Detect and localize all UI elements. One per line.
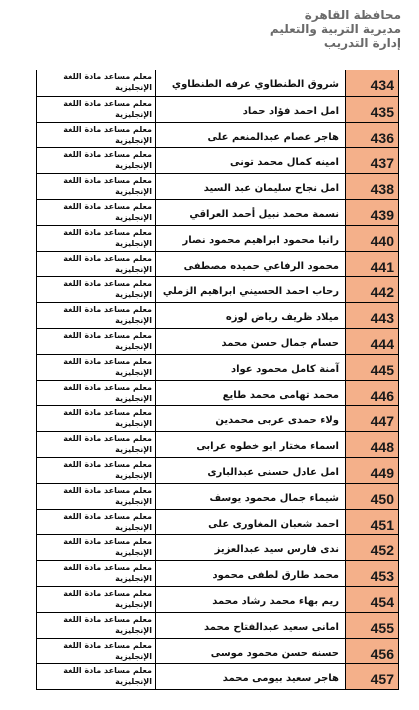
- name-cell: محمد طارق لطفى محمود: [156, 561, 345, 586]
- name-cell: حسام جمال حسن محمد: [156, 329, 345, 354]
- name-cell: شيماء جمال محمود يوسف: [156, 484, 345, 509]
- serial-number-cell: 444: [345, 329, 399, 354]
- job-title-cell: معلم مساعد مادة اللغة الإنجليزية: [37, 70, 156, 96]
- name-cell: امينه كمال محمد تونى: [156, 148, 345, 173]
- table-row: معلم مساعد مادة اللغة الإنجليزيةآمنة كام…: [37, 354, 399, 380]
- name-cell: محمد تهامى محمد طايع: [156, 381, 345, 406]
- table-row: معلم مساعد مادة اللغة الإنجليزيةاسماء مخ…: [37, 431, 399, 457]
- serial-number-cell: 448: [345, 432, 399, 457]
- job-title-cell: معلم مساعد مادة اللغة الإنجليزية: [37, 664, 156, 689]
- job-title-cell: معلم مساعد مادة اللغة الإنجليزية: [37, 484, 156, 509]
- name-cell: ندى فارس سيد عبدالعزيز: [156, 535, 345, 560]
- job-title-cell: معلم مساعد مادة اللغة الإنجليزية: [37, 97, 156, 122]
- table-row: معلم مساعد مادة اللغة الإنجليزيةمحمود ال…: [37, 251, 399, 277]
- department-title: إدارة التدريب: [270, 36, 401, 50]
- name-cell: امانى سعيد عبدالفتاح محمد: [156, 613, 345, 638]
- job-title-cell: معلم مساعد مادة اللغة الإنجليزية: [37, 406, 156, 431]
- table-row: معلم مساعد مادة اللغة الإنجليزيةحسنه حسن…: [37, 638, 399, 664]
- name-cell: اسماء مختار ابو خطوه عرابى: [156, 432, 345, 457]
- name-cell: ريم بهاء محمد رشاد محمد: [156, 587, 345, 612]
- job-title-cell: معلم مساعد مادة اللغة الإنجليزية: [37, 535, 156, 560]
- table-row: معلم مساعد مادة اللغة الإنجليزيةنسمة محم…: [37, 199, 399, 225]
- table-row: معلم مساعد مادة اللغة الإنجليزيةهاجر سعي…: [37, 663, 399, 689]
- job-title-cell: معلم مساعد مادة اللغة الإنجليزية: [37, 381, 156, 406]
- table-row: معلم مساعد مادة اللغة الإنجليزيةرانيا مح…: [37, 225, 399, 251]
- table-row: معلم مساعد مادة اللغة الإنجليزيةمحمد طار…: [37, 560, 399, 586]
- table-row: معلم مساعد مادة اللغة الإنجليزيةرحاب احم…: [37, 276, 399, 302]
- serial-number-cell: 454: [345, 587, 399, 612]
- job-title-cell: معلم مساعد مادة اللغة الإنجليزية: [37, 277, 156, 302]
- serial-number-cell: 452: [345, 535, 399, 560]
- job-title-cell: معلم مساعد مادة اللغة الإنجليزية: [37, 329, 156, 354]
- serial-number-cell: 457: [345, 664, 399, 689]
- job-title-cell: معلم مساعد مادة اللغة الإنجليزية: [37, 458, 156, 483]
- table-row: معلم مساعد مادة اللغة الإنجليزيةشيماء جم…: [37, 483, 399, 509]
- name-cell: ولاء حمدى عربى محمدين: [156, 406, 345, 431]
- name-cell: امل احمد فؤاد حماد: [156, 97, 345, 122]
- serial-number-cell: 439: [345, 200, 399, 225]
- name-cell: احمد شعبان المغاورى على: [156, 510, 345, 535]
- job-title-cell: معلم مساعد مادة اللغة الإنجليزية: [37, 613, 156, 638]
- name-cell: رحاب احمد الحسيني ابراهيم الزملي: [156, 277, 345, 302]
- name-cell: هاجر عصام عبدالمنعم على: [156, 123, 345, 148]
- serial-number-cell: 446: [345, 381, 399, 406]
- serial-number-cell: 449: [345, 458, 399, 483]
- serial-number-cell: 455: [345, 613, 399, 638]
- table-row: معلم مساعد مادة اللغة الإنجليزيةولاء حمد…: [37, 405, 399, 431]
- table-row: معلم مساعد مادة اللغة الإنجليزيةندى فارس…: [37, 534, 399, 560]
- job-title-cell: معلم مساعد مادة اللغة الإنجليزية: [37, 510, 156, 535]
- table-row: معلم مساعد مادة اللغة الإنجليزيةامل عادل…: [37, 457, 399, 483]
- table-row: معلم مساعد مادة اللغة الإنجليزيةميلاد ظر…: [37, 302, 399, 328]
- table-row: معلم مساعد مادة اللغة الإنجليزيةامينه كم…: [37, 147, 399, 173]
- job-title-cell: معلم مساعد مادة اللغة الإنجليزية: [37, 200, 156, 225]
- name-cell: ميلاد ظريف رياض لوزه: [156, 303, 345, 328]
- name-cell: محمود الرفاعي حميده مصطفى: [156, 252, 345, 277]
- job-title-cell: معلم مساعد مادة اللغة الإنجليزية: [37, 148, 156, 173]
- teachers-table: معلم مساعد مادة اللغة الإنجليزيةشروق الط…: [36, 70, 399, 690]
- name-cell: شروق الطنطاوي عرفه الطنطاوي: [156, 70, 345, 96]
- serial-number-cell: 436: [345, 123, 399, 148]
- table-row: معلم مساعد مادة اللغة الإنجليزيةشروق الط…: [37, 70, 399, 96]
- name-cell: نسمة محمد نبيل أحمد العراقي: [156, 200, 345, 225]
- job-title-cell: معلم مساعد مادة اللغة الإنجليزية: [37, 303, 156, 328]
- serial-number-cell: 450: [345, 484, 399, 509]
- job-title-cell: معلم مساعد مادة اللغة الإنجليزية: [37, 252, 156, 277]
- directorate-title: مديرية التربية والتعليم: [270, 22, 401, 36]
- table-row: معلم مساعد مادة اللغة الإنجليزيةحسام جما…: [37, 328, 399, 354]
- table-row: معلم مساعد مادة اللغة الإنجليزيةريم بهاء…: [37, 586, 399, 612]
- serial-number-cell: 445: [345, 355, 399, 380]
- serial-number-cell: 443: [345, 303, 399, 328]
- job-title-cell: معلم مساعد مادة اللغة الإنجليزية: [37, 639, 156, 664]
- serial-number-cell: 434: [345, 70, 399, 96]
- table-row: معلم مساعد مادة اللغة الإنجليزيةامل نجاح…: [37, 173, 399, 199]
- name-cell: آمنة كامل محمود عواد: [156, 355, 345, 380]
- name-cell: هاجر سعيد بيومى محمد: [156, 664, 345, 689]
- job-title-cell: معلم مساعد مادة اللغة الإنجليزية: [37, 123, 156, 148]
- table-row: معلم مساعد مادة اللغة الإنجليزيةامانى سع…: [37, 612, 399, 638]
- table-row: معلم مساعد مادة اللغة الإنجليزيةاحمد شعب…: [37, 509, 399, 535]
- job-title-cell: معلم مساعد مادة اللغة الإنجليزية: [37, 587, 156, 612]
- serial-number-cell: 447: [345, 406, 399, 431]
- serial-number-cell: 451: [345, 510, 399, 535]
- serial-number-cell: 453: [345, 561, 399, 586]
- serial-number-cell: 438: [345, 174, 399, 199]
- job-title-cell: معلم مساعد مادة اللغة الإنجليزية: [37, 432, 156, 457]
- job-title-cell: معلم مساعد مادة اللغة الإنجليزية: [37, 355, 156, 380]
- serial-number-cell: 456: [345, 639, 399, 664]
- serial-number-cell: 440: [345, 226, 399, 251]
- table-row: معلم مساعد مادة اللغة الإنجليزيةهاجر عصا…: [37, 122, 399, 148]
- job-title-cell: معلم مساعد مادة اللغة الإنجليزية: [37, 226, 156, 251]
- table-row: معلم مساعد مادة اللغة الإنجليزيةمحمد تها…: [37, 380, 399, 406]
- governorate-title: محافظة القاهرة: [270, 8, 401, 22]
- name-cell: امل نجاح سليمان عبد السيد: [156, 174, 345, 199]
- document-header: محافظة القاهرة مديرية التربية والتعليم إ…: [270, 8, 401, 50]
- name-cell: رانيا محمود ابراهيم محمود نصار: [156, 226, 345, 251]
- serial-number-cell: 442: [345, 277, 399, 302]
- serial-number-cell: 441: [345, 252, 399, 277]
- serial-number-cell: 437: [345, 148, 399, 173]
- table-row: معلم مساعد مادة اللغة الإنجليزيةامل احمد…: [37, 96, 399, 122]
- job-title-cell: معلم مساعد مادة اللغة الإنجليزية: [37, 561, 156, 586]
- serial-number-cell: 435: [345, 97, 399, 122]
- name-cell: حسنه حسن محمود موسى: [156, 639, 345, 664]
- name-cell: امل عادل حسنى عبدالبارى: [156, 458, 345, 483]
- job-title-cell: معلم مساعد مادة اللغة الإنجليزية: [37, 174, 156, 199]
